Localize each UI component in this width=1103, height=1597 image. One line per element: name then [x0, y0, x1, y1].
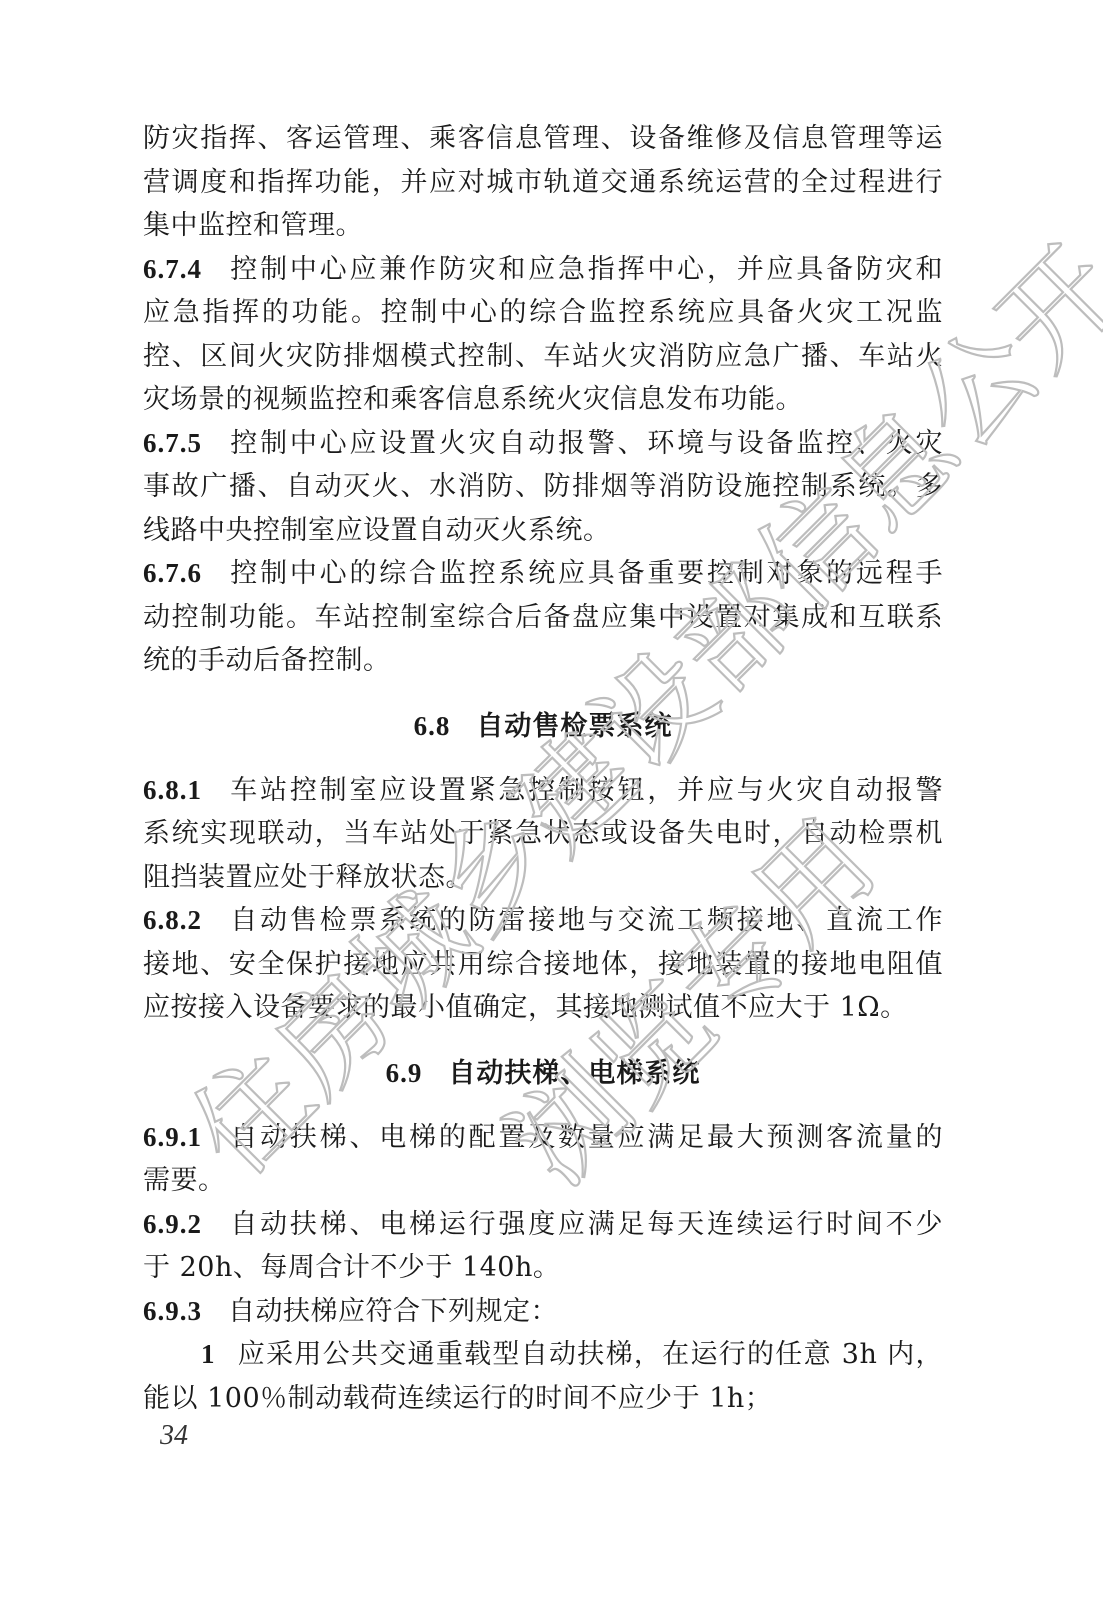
clause-6-7-4: 6.7.4控制中心应兼作防灾和应急指挥中心，并应具备防灾和 应急指挥的功能。控制… — [143, 248, 943, 422]
clause-6-8-2: 6.8.2自动售检票系统的防雷接地与交流工频接地、直流工作 接地、安全保护接地应… — [143, 899, 943, 1030]
clause-number: 6.9.2 — [143, 1209, 202, 1239]
clause-text: 控制中心应兼作防灾和应急指挥中心，并应具备防灾和 — [228, 254, 943, 285]
section-heading-6-9: 6.9自动扶梯、电梯系统 — [143, 1054, 943, 1092]
section-title: 自动售检票系统 — [476, 711, 672, 742]
clause-text: 自动售检票系统的防雷接地与交流工频接地、直流工作 — [228, 905, 943, 936]
clause-text: 车站控制室应设置紧急控制按钮，并应与火灾自动报警 — [228, 775, 943, 806]
clause-number: 6.9.3 — [143, 1296, 202, 1326]
list-item-1: 1应采用公共交通重载型自动扶梯，在运行的任意 3h 内， 能以 100％制动载荷… — [143, 1333, 943, 1420]
text-line: 营调度和指挥功能，并应对城市轨道交通系统运营的全过程进行 — [143, 161, 943, 205]
clause-text: 自动扶梯、电梯的配置及数量应满足最大预测客流量的 — [228, 1122, 943, 1153]
clause-number: 6.7.4 — [143, 254, 202, 284]
text-line: 线路中央控制室应设置自动灭火系统。 — [143, 509, 943, 553]
text-line: 防灾指挥、客运管理、乘客信息管理、设备维修及信息管理等运 — [143, 117, 943, 161]
document-page: 防灾指挥、客运管理、乘客信息管理、设备维修及信息管理等运 营调度和指挥功能，并应… — [0, 0, 1103, 1597]
text-line: 集中监控和管理。 — [143, 204, 943, 248]
clause-number: 6.8.2 — [143, 905, 202, 935]
clause-number: 6.7.6 — [143, 558, 202, 588]
clause-text: 自动扶梯应符合下列规定： — [228, 1296, 558, 1327]
section-number: 6.9 — [386, 1058, 423, 1088]
item-number: 1 — [201, 1339, 215, 1369]
text-line: 应急指挥的功能。控制中心的综合监控系统应具备火灾工况监 — [143, 291, 943, 335]
clause-number: 6.8.1 — [143, 775, 202, 805]
section-number: 6.8 — [414, 711, 451, 741]
text-line: 于 20h、每周合计不少于 140h。 — [143, 1246, 943, 1290]
clause-6-7-5: 6.7.5控制中心应设置火灾自动报警、环境与设备监控、火灾 事故广播、自动灭火、… — [143, 422, 943, 553]
text-line: 统的手动后备控制。 — [143, 639, 943, 683]
text-line: 应按接入设备要求的最小值确定，其接地测试值不应大于 1Ω。 — [143, 986, 943, 1030]
text-line: 动控制功能。车站控制室综合后备盘应集中设置对集成和互联系 — [143, 596, 943, 640]
intro-paragraph: 防灾指挥、客运管理、乘客信息管理、设备维修及信息管理等运 营调度和指挥功能，并应… — [143, 117, 943, 248]
clause-6-7-6: 6.7.6控制中心的综合监控系统应具备重要控制对象的远程手 动控制功能。车站控制… — [143, 552, 943, 683]
page-number: 34 — [160, 1420, 188, 1452]
clause-6-9-1: 6.9.1自动扶梯、电梯的配置及数量应满足最大预测客流量的 需要。 — [143, 1116, 943, 1203]
section-heading-6-8: 6.8自动售检票系统 — [143, 707, 943, 745]
clause-text: 控制中心的综合监控系统应具备重要控制对象的远程手 — [228, 558, 943, 589]
clause-6-9-2: 6.9.2自动扶梯、电梯运行强度应满足每天连续运行时间不少 于 20h、每周合计… — [143, 1203, 943, 1290]
clause-number: 6.7.5 — [143, 428, 202, 458]
item-text: 应采用公共交通重载型自动扶梯，在运行的任意 3h 内， — [237, 1339, 943, 1370]
clause-number: 6.9.1 — [143, 1122, 202, 1152]
clause-text: 自动扶梯、电梯运行强度应满足每天连续运行时间不少 — [228, 1209, 943, 1240]
text-line: 阻挡装置应处于释放状态。 — [143, 856, 943, 900]
section-title: 自动扶梯、电梯系统 — [448, 1058, 700, 1089]
clause-6-9-3: 6.9.3自动扶梯应符合下列规定： — [143, 1290, 943, 1334]
text-line: 接地、安全保护接地应共用综合接地体，接地装置的接地电阻值 — [143, 943, 943, 987]
text-line: 能以 100％制动载荷连续运行的时间不应少于 1h； — [143, 1377, 943, 1421]
clause-text: 控制中心应设置火灾自动报警、环境与设备监控、火灾 — [228, 428, 943, 459]
text-line: 灾场景的视频监控和乘客信息系统火灾信息发布功能。 — [143, 378, 943, 422]
text-line: 事故广播、自动灭火、水消防、防排烟等消防设施控制系统。多 — [143, 465, 943, 509]
text-line: 控、区间火灾防排烟模式控制、车站火灾消防应急广播、车站火 — [143, 335, 943, 379]
page-content: 防灾指挥、客运管理、乘客信息管理、设备维修及信息管理等运 营调度和指挥功能，并应… — [143, 117, 943, 1420]
text-line: 系统实现联动，当车站处于紧急状态或设备失电时，自动检票机 — [143, 812, 943, 856]
text-line: 需要。 — [143, 1159, 943, 1203]
clause-6-8-1: 6.8.1车站控制室应设置紧急控制按钮，并应与火灾自动报警 系统实现联动，当车站… — [143, 769, 943, 900]
